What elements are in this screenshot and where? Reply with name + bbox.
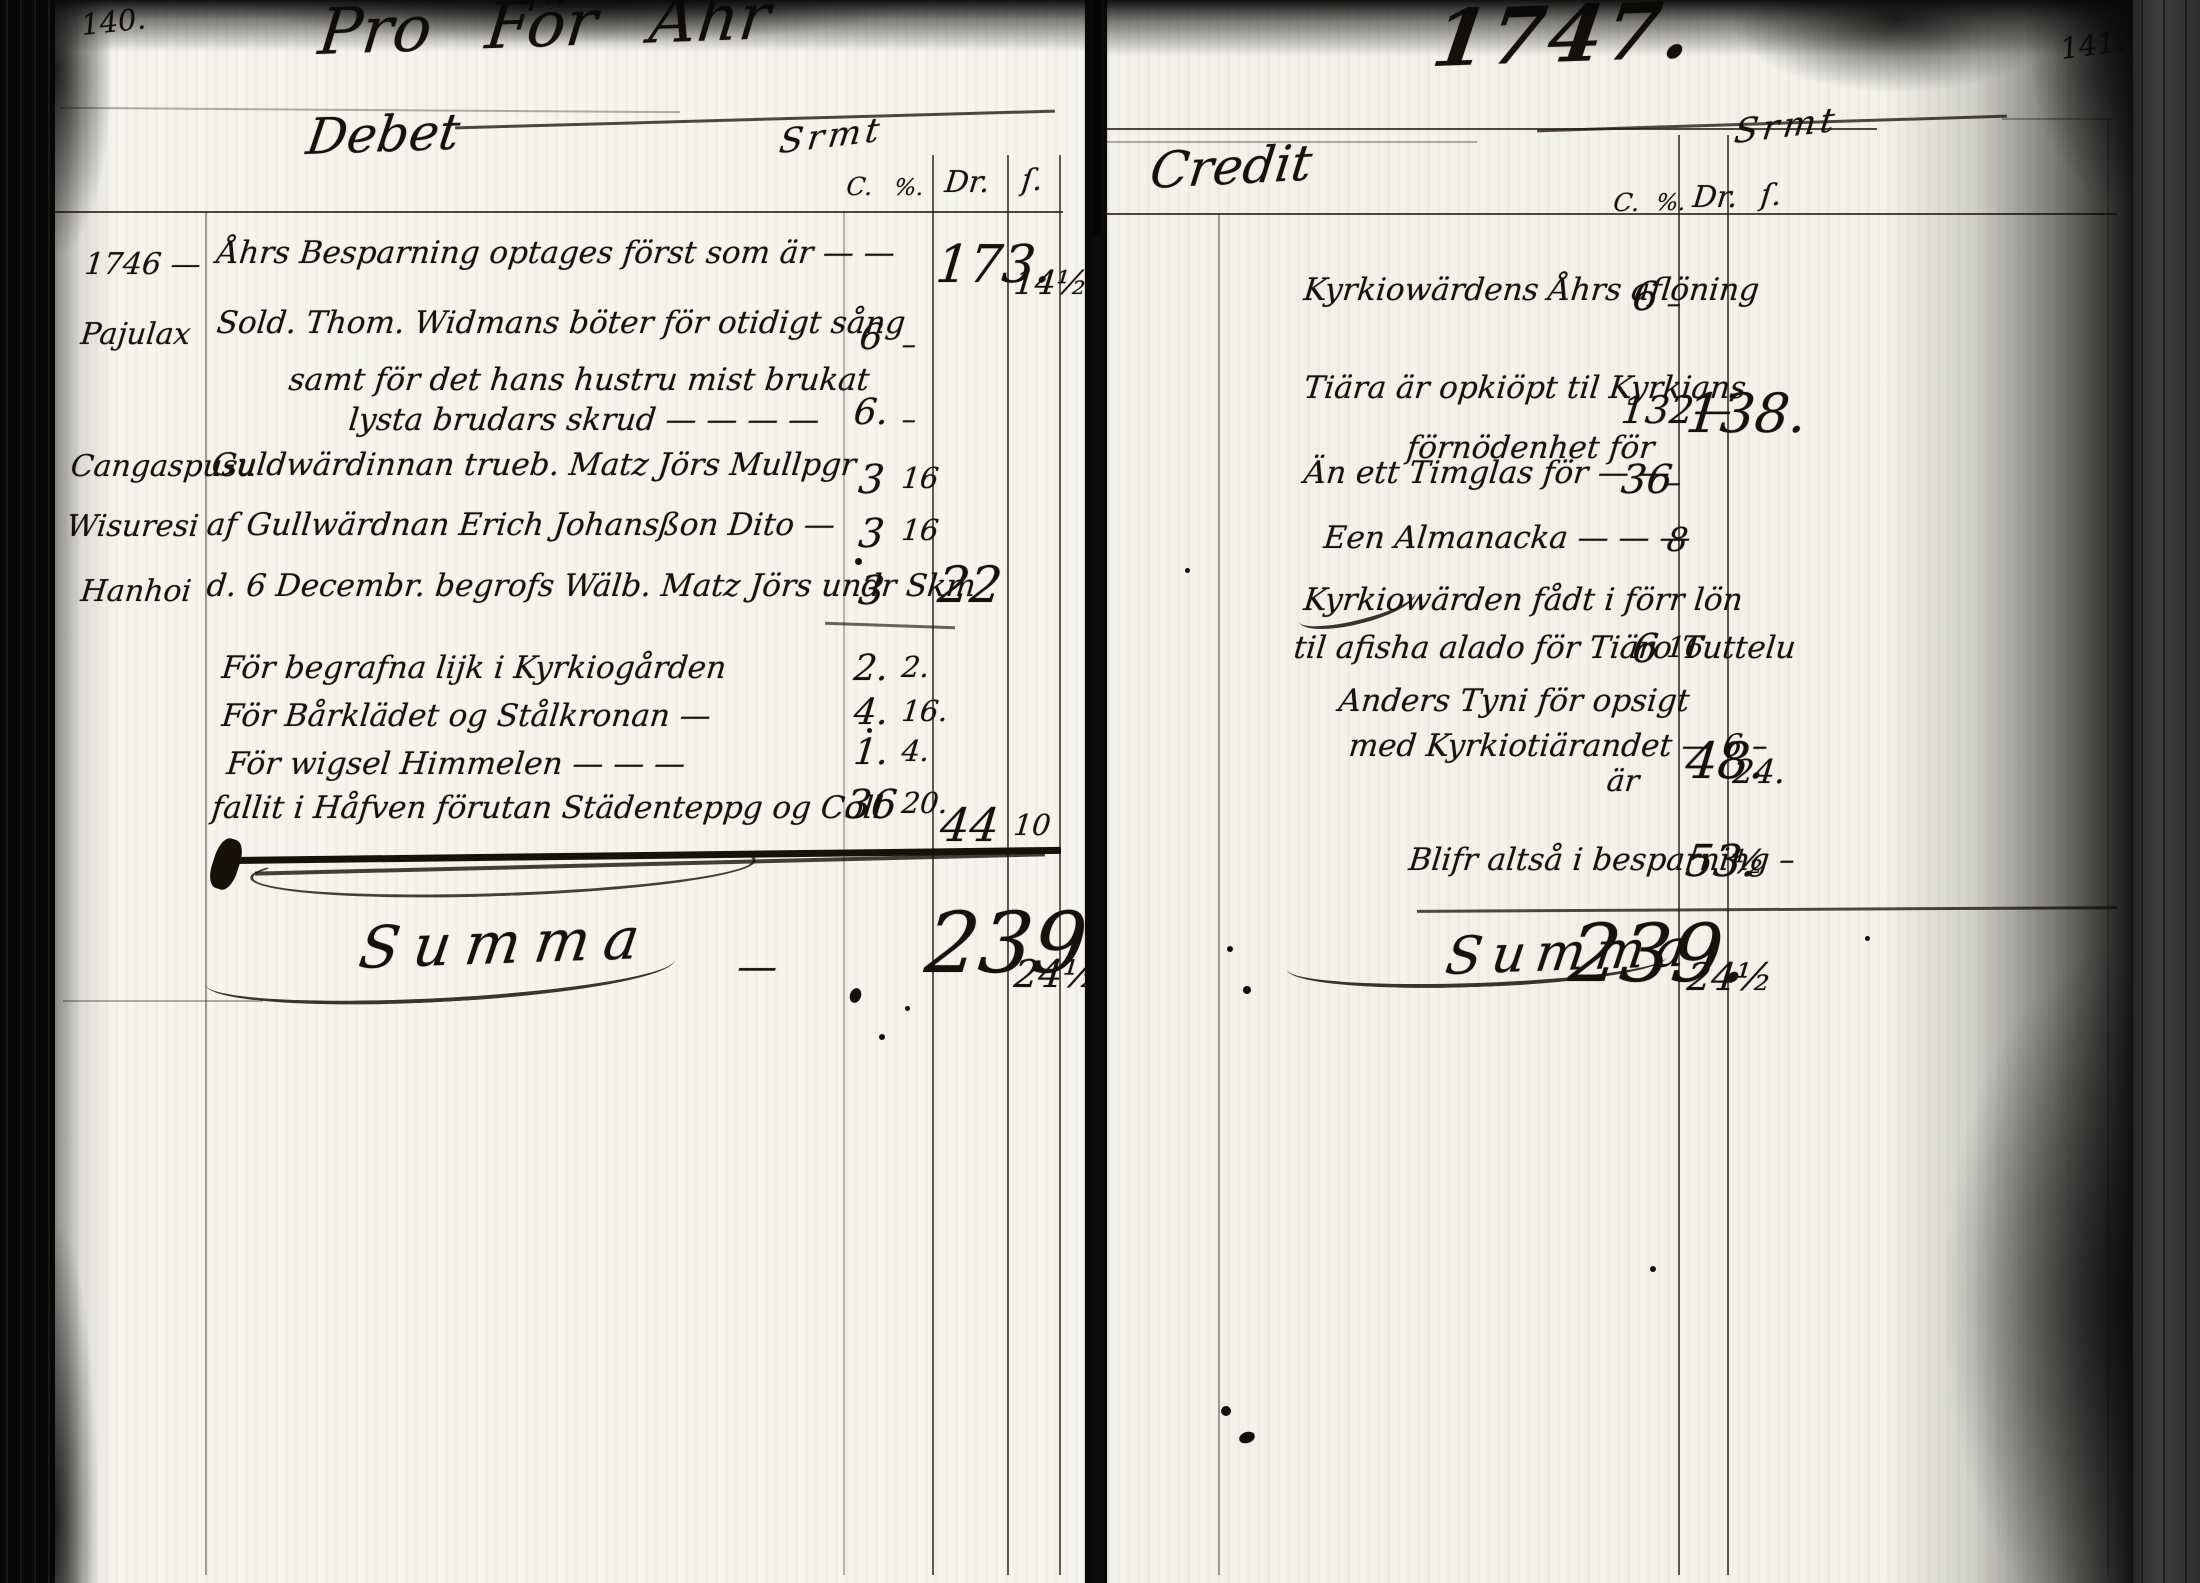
amount-daler: 44 xyxy=(933,798,1007,852)
entry-text: Kyrkiowärden fådt i förr lön xyxy=(1302,582,1745,618)
amount-ore: 10 xyxy=(1012,808,1064,842)
amount-c-ore: 16 xyxy=(900,513,950,547)
amount-c: 6. xyxy=(841,392,901,433)
book-gutter xyxy=(1083,0,1109,1583)
entry-text: För Bårklädet og Stålkronan — xyxy=(220,698,713,734)
column-header-daler-right: Dr. xyxy=(1691,180,1739,215)
ink-speck xyxy=(879,1034,885,1040)
amount-c: 3 xyxy=(841,511,902,557)
ink-speck xyxy=(1221,1406,1231,1416)
column-rule xyxy=(2107,118,2109,1575)
ruled-line xyxy=(1417,906,2117,913)
amount-c: 3 xyxy=(841,568,902,614)
summa-label: Summa xyxy=(355,904,658,982)
amount-daler: 22 xyxy=(933,556,1007,614)
amount-ore: ½ xyxy=(1731,842,1781,881)
column-header-ore-right: ſ. xyxy=(1759,178,1783,213)
column-header-c-right: C. xyxy=(1612,188,1641,217)
debet-title: Debet xyxy=(303,103,463,166)
ink-speck xyxy=(1238,1430,1257,1445)
amount-c: 4. xyxy=(841,692,901,733)
column-rule xyxy=(1059,155,1061,1575)
summa-daler: 239. xyxy=(1565,907,1695,1000)
amount-c-ore: – xyxy=(900,402,950,436)
entry-text: til afisha alado för Tiäro Tuttelu xyxy=(1292,630,1798,666)
amount-c-ore: 4. xyxy=(900,734,950,768)
ink-speck xyxy=(855,558,862,565)
entry-text: fallit i Håfven förutan Städenteppg og C… xyxy=(210,790,885,826)
ink-speck xyxy=(1243,986,1251,994)
crossed-out-loop xyxy=(249,833,757,905)
entry-text: Än ett Timglas för — — xyxy=(1302,455,1672,491)
amount-c: 2. xyxy=(841,648,901,689)
column-rule xyxy=(932,155,934,1575)
margin-note: Pajulax xyxy=(79,317,192,352)
amount-c: 6 xyxy=(1619,626,1672,672)
amount-c-ore: – xyxy=(1665,286,1705,320)
header-swoosh-line xyxy=(455,110,1055,130)
entry-text: För begrafna lijk i Kyrkiogården xyxy=(220,650,728,686)
ink-speck xyxy=(905,1006,910,1011)
margin-note: Wisuresi xyxy=(65,509,200,544)
entry-text: Sold. Thom. Widmans böter för otidigt så… xyxy=(215,305,907,341)
entry-text: Guldwärdinnan trueb. Matz Jörs Mullpgr xyxy=(210,447,858,483)
ink-blotch xyxy=(206,835,247,892)
year-header-script: Pro För Åhr xyxy=(315,0,774,70)
column-header-c-left: C. xyxy=(845,172,874,201)
margin-rule xyxy=(1218,213,1220,1575)
entry-text: Åhrs Besparning optages först som är — — xyxy=(215,235,897,271)
ink-speck xyxy=(848,987,863,1005)
amount-c: 132— xyxy=(1619,388,1684,432)
entry-text: För wigsel Himmelen — — — xyxy=(225,746,687,782)
column-header-daler-left: Dr. xyxy=(943,165,991,200)
note-word: är xyxy=(1605,764,1641,799)
film-edge-left xyxy=(0,0,55,1583)
ink-speck xyxy=(1865,936,1870,941)
currency-flourish-right: Srmt xyxy=(1732,100,1841,152)
margin-rule xyxy=(205,211,207,1575)
page-number-left: 140. xyxy=(79,1,147,42)
summa-dash: — xyxy=(735,944,780,990)
ink-speck xyxy=(1227,946,1233,952)
amount-c: 36 xyxy=(1619,457,1672,503)
summa-ore: 24½ xyxy=(1685,955,1775,999)
amount-ore: 14½ xyxy=(1012,263,1064,302)
page-number-right: 141. xyxy=(2058,23,2127,66)
entry-text: Een Almanacka — — — xyxy=(1322,520,1692,556)
year-numeral: 1747. xyxy=(1427,0,1701,85)
entry-text: af Gullwärdnan Erich Johansßon Dito — xyxy=(205,507,837,543)
ruled-line xyxy=(2002,118,2114,120)
scanned-ledger-spread: 140. Pro För Åhr Debet Srmt C. %. Dr. ſ.… xyxy=(0,0,2200,1583)
amount-c-ore: 2. xyxy=(900,650,950,684)
entry-text: Anders Tyni för opsigt xyxy=(1337,683,1691,719)
amount-c-ore: – xyxy=(1665,465,1705,499)
amount-c: 6 xyxy=(1619,274,1672,320)
column-header-core-right: %. xyxy=(1655,190,1687,216)
amount-c-ore: – xyxy=(900,327,950,361)
amount-c-ore: 8 xyxy=(1665,520,1705,559)
credit-title: Credit xyxy=(1147,134,1315,200)
column-header-ore-left: ſ. xyxy=(1020,163,1044,198)
margin-note: Hanhoi xyxy=(79,574,193,609)
amount-c-ore: 16 xyxy=(900,461,950,495)
entry-text: samt för det hans hustru mist brukat xyxy=(287,362,871,398)
ledger-page-right: 141. 1747. Credit Srmt C. %. Dr. ſ. Kyrk… xyxy=(1107,0,2133,1583)
ink-speck xyxy=(867,728,872,733)
ruled-line xyxy=(63,1000,263,1002)
amount-c: 36 xyxy=(841,782,902,828)
ink-speck xyxy=(1650,1266,1656,1272)
amount-c: 6 xyxy=(841,317,901,358)
summa-ore: 24½ xyxy=(1012,952,1065,996)
amount-c: 3 xyxy=(841,457,902,503)
amount-daler: 173. xyxy=(933,235,1007,295)
amount-daler: 138. xyxy=(1683,382,1758,445)
film-edge-right xyxy=(2132,0,2200,1583)
column-rule xyxy=(1007,155,1009,1575)
entry-text: lysta brudars skrud — — — — xyxy=(347,402,821,438)
ledger-page-left: 140. Pro För Åhr Debet Srmt C. %. Dr. ſ.… xyxy=(55,0,1085,1583)
ink-speck xyxy=(1185,568,1190,573)
column-header-core-left: %. xyxy=(893,175,925,201)
amount-c: 1. xyxy=(841,732,901,773)
amount-c-ore: 16 xyxy=(1665,630,1705,664)
amount-ore: 24. xyxy=(1731,752,1781,791)
margin-note: 1746 — xyxy=(83,247,203,282)
amount-c-ore: 16. xyxy=(900,694,950,728)
